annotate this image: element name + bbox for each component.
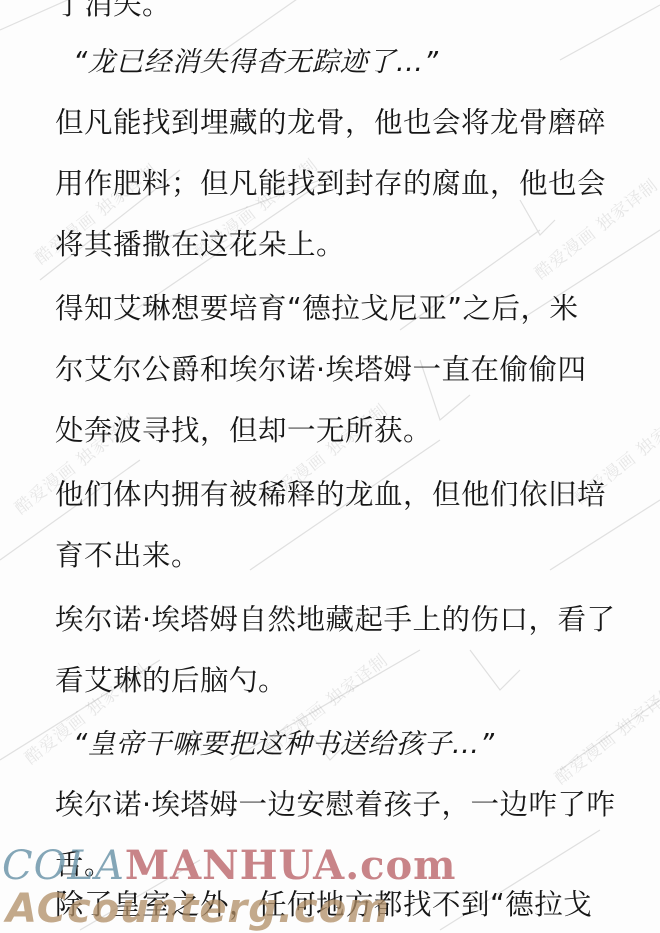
text-line: 埃尔诺·埃塔姆一边安慰着孩子，一边咋了咋 xyxy=(55,788,616,822)
text-line: 舌。 xyxy=(55,848,113,882)
text-line: 得知艾琳想要培育“德拉戈尼亚”之后，米 xyxy=(55,292,579,326)
text-line: 育不出来。 xyxy=(55,539,200,573)
text-line: 尔艾尔公爵和埃尔诺·埃塔姆一直在偷偷四 xyxy=(55,353,587,387)
text-line: 处奔波寻找，但却一无所获。 xyxy=(55,414,432,448)
text-line: 将其播撒在这花朵上。 xyxy=(55,228,345,262)
text-line: 用作肥料；但凡能找到封存的腐血，他也会 xyxy=(55,167,606,201)
novel-page: 酷爱漫画 独家译制 酷爱漫画 独家译制 酷爱漫画 独家译制 酷爱漫画 独家译制 … xyxy=(0,0,660,933)
text-line: 了消失。 xyxy=(55,0,171,22)
text-line: 他们体内拥有被稀释的龙血，但他们依旧培 xyxy=(55,478,606,512)
text-line: 看艾琳的后脑勺。 xyxy=(55,664,287,698)
text-line: 除了皇室之外，任何地方都找不到“德拉戈 xyxy=(55,888,592,922)
watermark-text: 酷爱漫画 独家译制 xyxy=(548,676,660,788)
text-line: 埃尔诺·埃塔姆自然地藏起手上的伤口，看了 xyxy=(55,603,616,637)
dialogue-line: “龙已经消失得杳无踪迹了…” xyxy=(73,45,439,79)
dialogue-line: “皇帝干嘛要把这种书送给孩子…” xyxy=(73,727,495,761)
watermark-brand-manhua: MANHUA.com xyxy=(125,842,457,889)
text-line: 但凡能找到埋藏的龙骨，他也会将龙骨磨碎 xyxy=(55,106,606,140)
